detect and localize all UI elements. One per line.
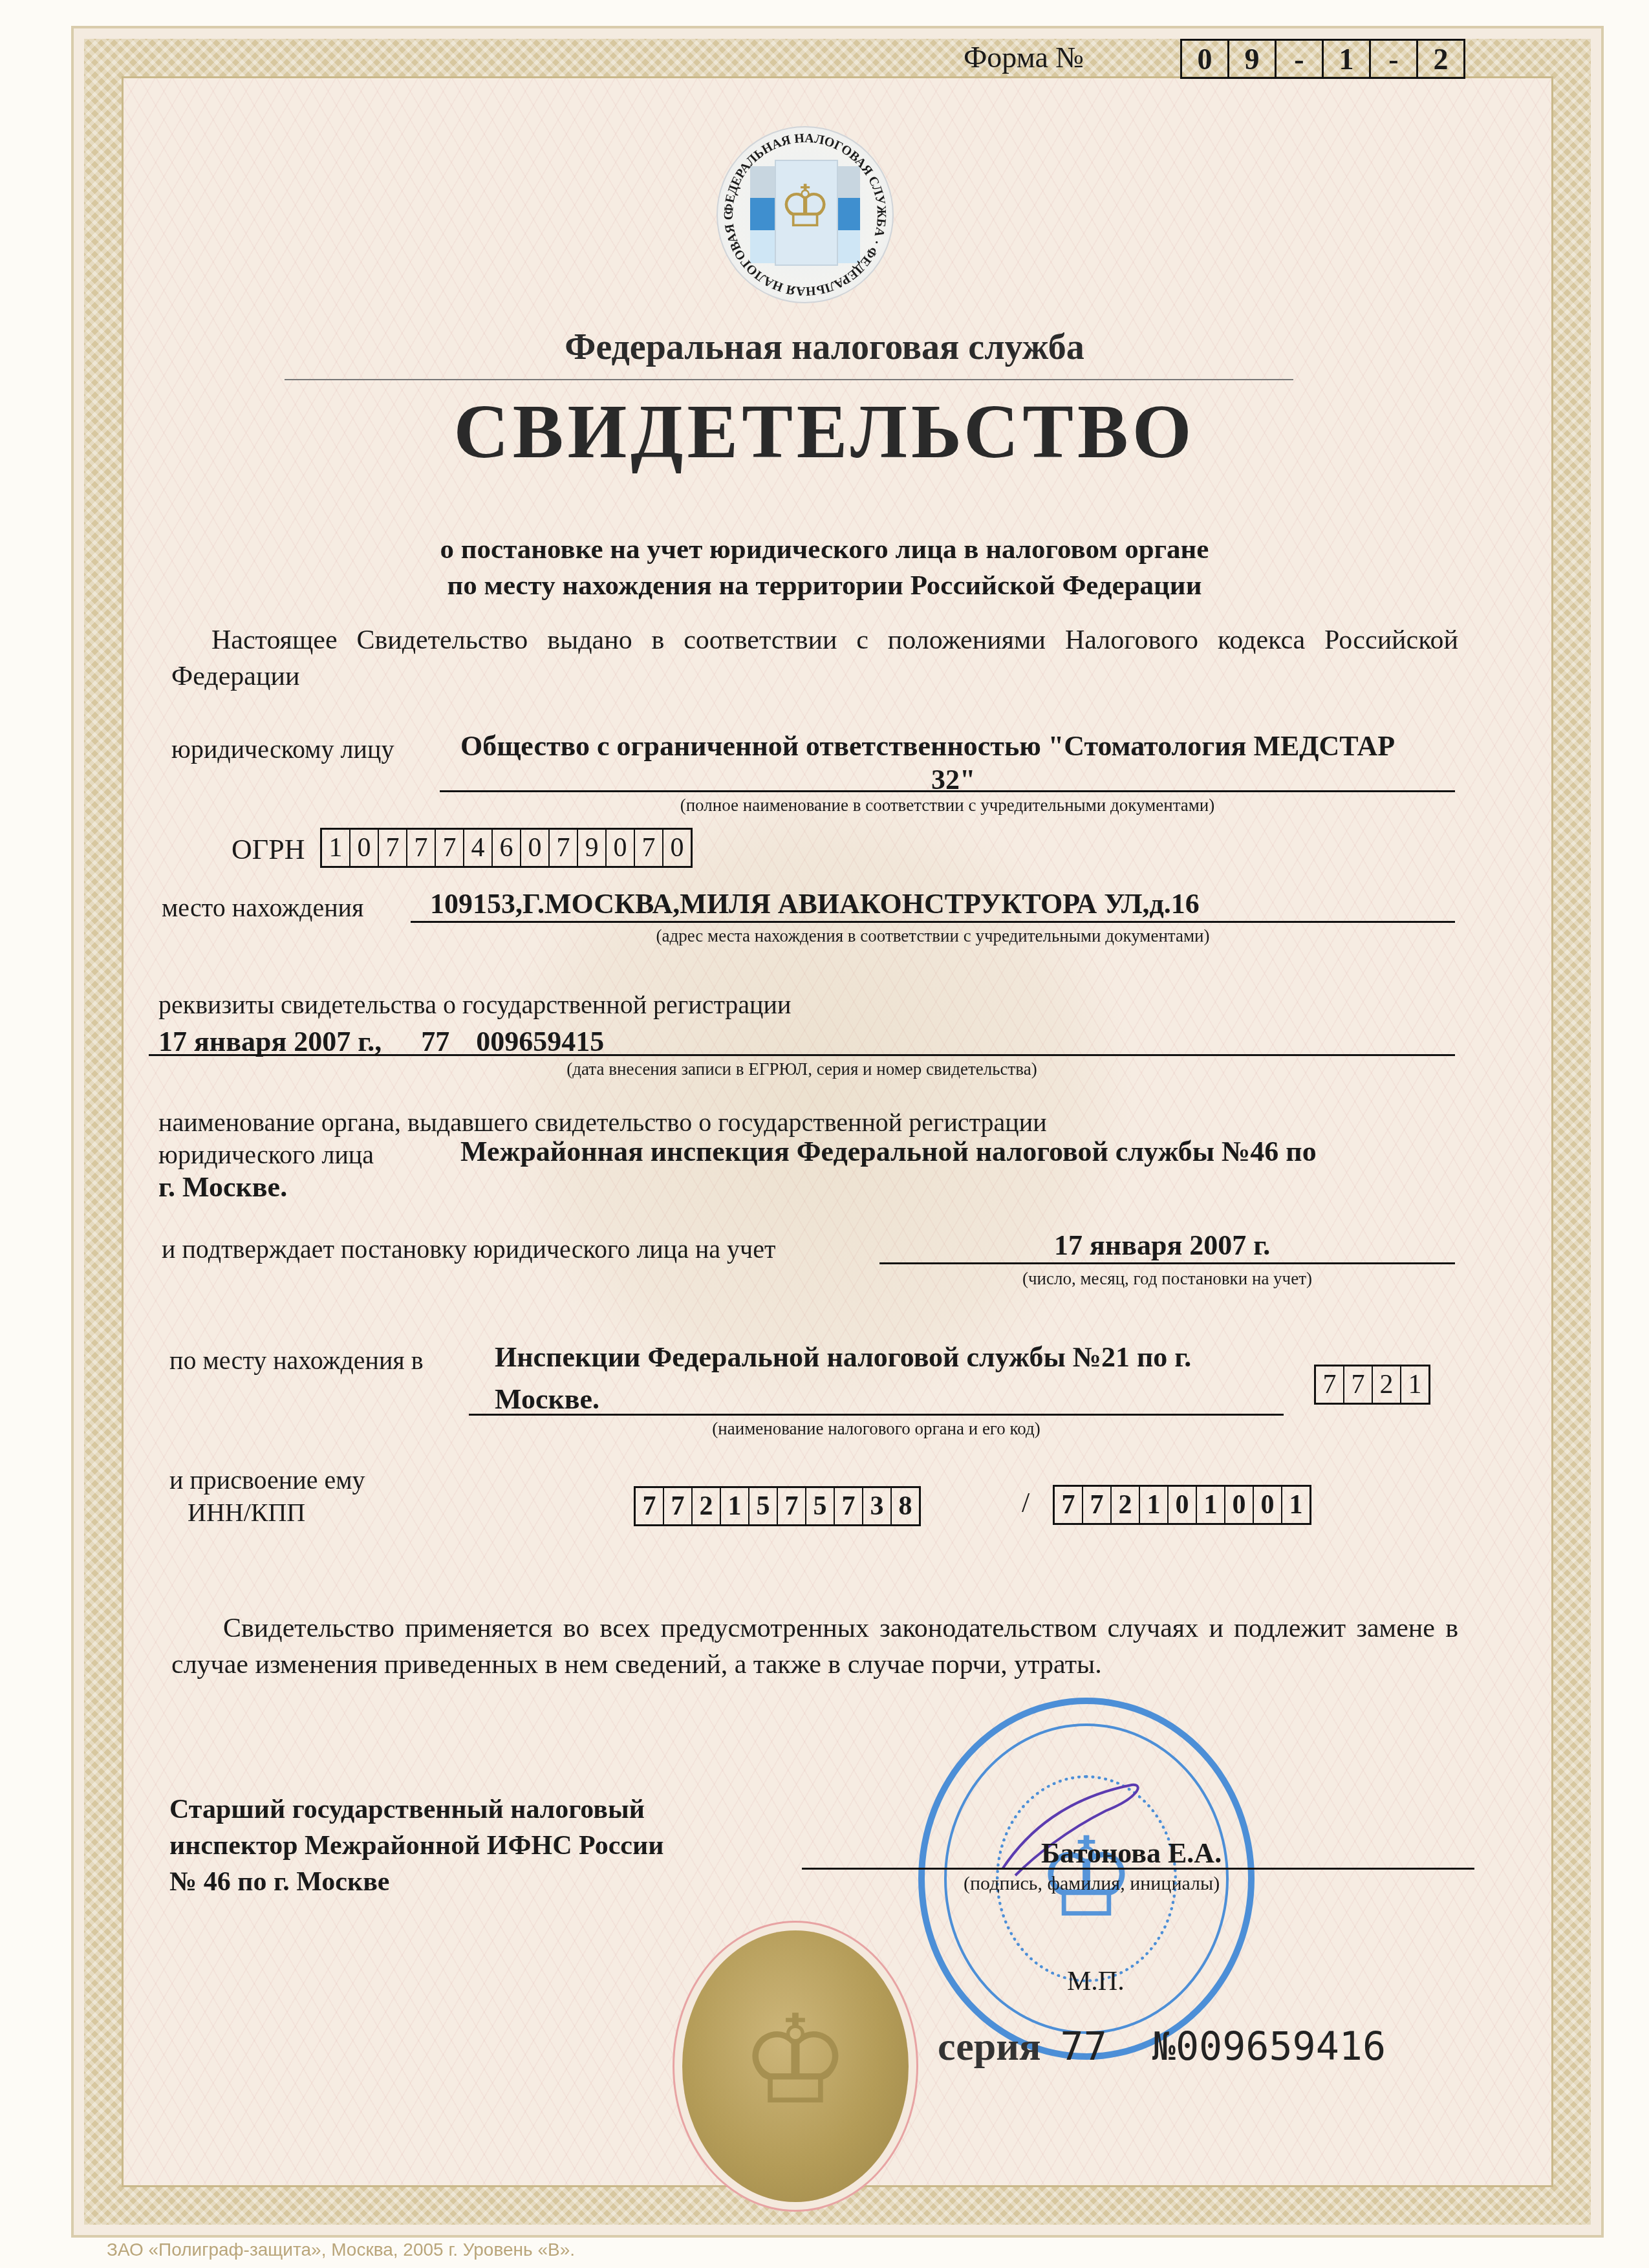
registration-number: 009659415 [476,1026,604,1057]
form-number-digit: 9 [1229,41,1277,77]
ogrn-digit: 0 [521,830,550,866]
fns-emblem-icon: ♔ ФЕДЕРАЛЬНАЯ НАЛОГОВАЯ СЛУЖБА · ФЕДЕРАЛ… [717,126,894,303]
tax-office-code-digit: 2 [1373,1366,1401,1403]
confirmation-caption: (число, месяц, год постановки на учет) [879,1269,1455,1289]
inn-digit: 5 [806,1488,835,1524]
signatory-line-3: № 46 по г. Москве [169,1864,663,1900]
ogrn-digit: 7 [635,830,663,866]
entity-label: юридическому лицу [171,734,394,764]
inn-digit: 5 [749,1488,778,1524]
tax-office-label: по месту нахождения в [169,1345,424,1376]
form-number-digit: 1 [1324,41,1371,77]
signatory-title: Старший государственный налоговый инспек… [169,1791,663,1900]
tax-office-code: 7721 [1314,1365,1430,1405]
svg-text:ФЕДЕРАЛЬНАЯ НАЛОГОВАЯ СЛУЖБА ·: ФЕДЕРАЛЬНАЯ НАЛОГОВАЯ СЛУЖБА · ФЕДЕРАЛЬН… [718,127,889,298]
emblem-ring-text: ФЕДЕРАЛЬНАЯ НАЛОГОВАЯ СЛУЖБА · ФЕДЕРАЛЬН… [718,127,892,302]
ogrn-digit: 0 [350,830,379,866]
ogrn-digit: 7 [379,830,407,866]
address-underline [411,921,1455,923]
agency-name: Федеральная налоговая служба [0,327,1649,368]
kpp-digit: 7 [1083,1487,1112,1523]
page-title: СВИДЕТЕЛЬСТВО [0,388,1649,476]
tax-office-caption: (наименование налогового органа и его ко… [469,1419,1284,1439]
ogrn-digit: 7 [407,830,436,866]
registration-underline [149,1054,1455,1056]
issuer-label-line-1: наименование органа, выдавшего свидетель… [158,1107,1047,1138]
ogrn-digit: 7 [436,830,464,866]
ogrn-digit: 4 [464,830,493,866]
kpp-digit: 1 [1197,1487,1225,1523]
serial-label: серия [938,2025,1041,2069]
signature-caption: (подпись, фамилия, инициалы) [964,1873,1220,1895]
kpp-digit: 2 [1112,1487,1140,1523]
header-divider [285,379,1293,380]
tax-office-code-digit: 1 [1401,1366,1428,1403]
inn-kpp-label-line-1: и присвоение ему [169,1465,365,1495]
issuer-label-line-2: юридического лица [158,1139,374,1170]
subtitle-line-2: по месту нахождения на территории Россий… [0,568,1649,604]
registration-label: реквизиты свидетельства о государственно… [158,989,791,1020]
kpp-digits: 772101001 [1053,1485,1311,1525]
inn-kpp-separator: / [1022,1486,1029,1519]
form-number-digit: 0 [1182,41,1229,77]
tax-office-code-digit: 7 [1344,1366,1373,1403]
intro-paragraph: Настоящее Свидетельство выдано в соответ… [171,622,1458,695]
inn-digit: 7 [778,1488,806,1524]
entity-caption: (полное наименование в соответствии с уч… [440,795,1455,815]
kpp-digit: 1 [1140,1487,1169,1523]
serial-number: №009659416 [1152,2024,1386,2069]
tax-office-code-digit: 7 [1316,1366,1344,1403]
inn-digit: 1 [721,1488,749,1524]
validity-text: Свидетельство применяется во всех предус… [171,1614,1458,1679]
subtitle-line-1: о постановке на учет юридического лица в… [0,532,1649,568]
address-value: 109153,Г.МОСКВА,МИЛЯ АВИАКОНСТРУКТОРА УЛ… [430,887,1200,920]
signatory-line-2: инспектор Межрайонной ИФНС России [169,1828,663,1864]
inn-digit: 2 [693,1488,721,1524]
address-label: место нахождения [162,892,363,923]
entity-name-line-1: Общество с ограниченной ответственностью… [460,729,1395,762]
ogrn-digit: 7 [550,830,578,866]
inn-digit: 7 [664,1488,693,1524]
form-number-digit: 2 [1418,41,1463,77]
ogrn-label: ОГРН [232,833,305,866]
form-number-boxes: 09-1-2 [1180,39,1465,79]
tax-office-value-line-1: Инспекции Федеральной налоговой службы №… [495,1341,1191,1374]
registration-date: 17 января 2007 г., [158,1026,382,1057]
issuer-value-line-1: Межрайонная инспекция Федеральной налого… [460,1135,1317,1168]
signatory-line-1: Старший государственный налоговый [169,1791,663,1828]
confirmation-underline [879,1262,1455,1264]
ogrn-digits: 1077746079070 [320,828,693,868]
tax-office-underline [469,1414,1284,1416]
serial-series: 77 [1061,2024,1107,2069]
kpp-digit: 7 [1055,1487,1083,1523]
ogrn-digit: 9 [578,830,607,866]
printer-imprint: ЗАО «Полиграф-защита», Москва, 2005 г. У… [107,2240,575,2260]
kpp-digit: 0 [1225,1487,1254,1523]
gold-hologram-seal: ♔ [682,1930,909,2202]
address-caption: (адрес места нахождения в соответствии с… [411,926,1455,946]
seal-place-label: М.П. [1067,1966,1125,1997]
ogrn-digit: 6 [493,830,521,866]
validity-paragraph: Свидетельство применяется во всех предус… [171,1610,1458,1683]
inn-kpp-label-line-2: ИНН/КПП [188,1497,305,1528]
inn-digit: 3 [863,1488,892,1524]
registration-series: 77 [421,1026,449,1057]
confirmation-label: и подтверждает постановку юридического л… [162,1234,775,1264]
form-number-digit: - [1277,41,1324,77]
tax-office-value-line-2: Москве. [495,1383,599,1416]
inn-digit: 7 [636,1488,664,1524]
kpp-digit: 0 [1169,1487,1197,1523]
registration-caption: (дата внесения записи в ЕГРЮЛ, серия и н… [149,1059,1455,1079]
inn-digits: 7721575738 [634,1486,921,1526]
form-number-digit: - [1371,41,1418,77]
confirmation-date: 17 января 2007 г. [886,1229,1455,1262]
registration-details: 17 января 2007 г., 77 009659415 [158,1025,604,1058]
eagle-watermark [491,776,1138,1423]
ogrn-digit: 1 [322,830,350,866]
kpp-digit: 1 [1282,1487,1309,1523]
embossed-eagle-icon: ♔ [682,1989,909,2132]
intro-text: Настоящее Свидетельство выдано в соответ… [171,625,1458,691]
entity-underline [440,790,1455,792]
inn-digit: 8 [892,1488,919,1524]
issuer-value-line-2: г. Москве. [158,1171,287,1204]
form-number-label: Форма № [964,40,1084,74]
subtitle: о постановке на учет юридического лица в… [0,532,1649,604]
certificate-serial: серия77№009659416 [938,2024,1386,2070]
kpp-digit: 0 [1254,1487,1282,1523]
inn-digit: 7 [835,1488,863,1524]
ogrn-digit: 0 [607,830,635,866]
signatory-name: Батонова Е.А. [1041,1837,1222,1870]
signature-underline [802,1868,1474,1870]
ogrn-digit: 0 [663,830,691,866]
